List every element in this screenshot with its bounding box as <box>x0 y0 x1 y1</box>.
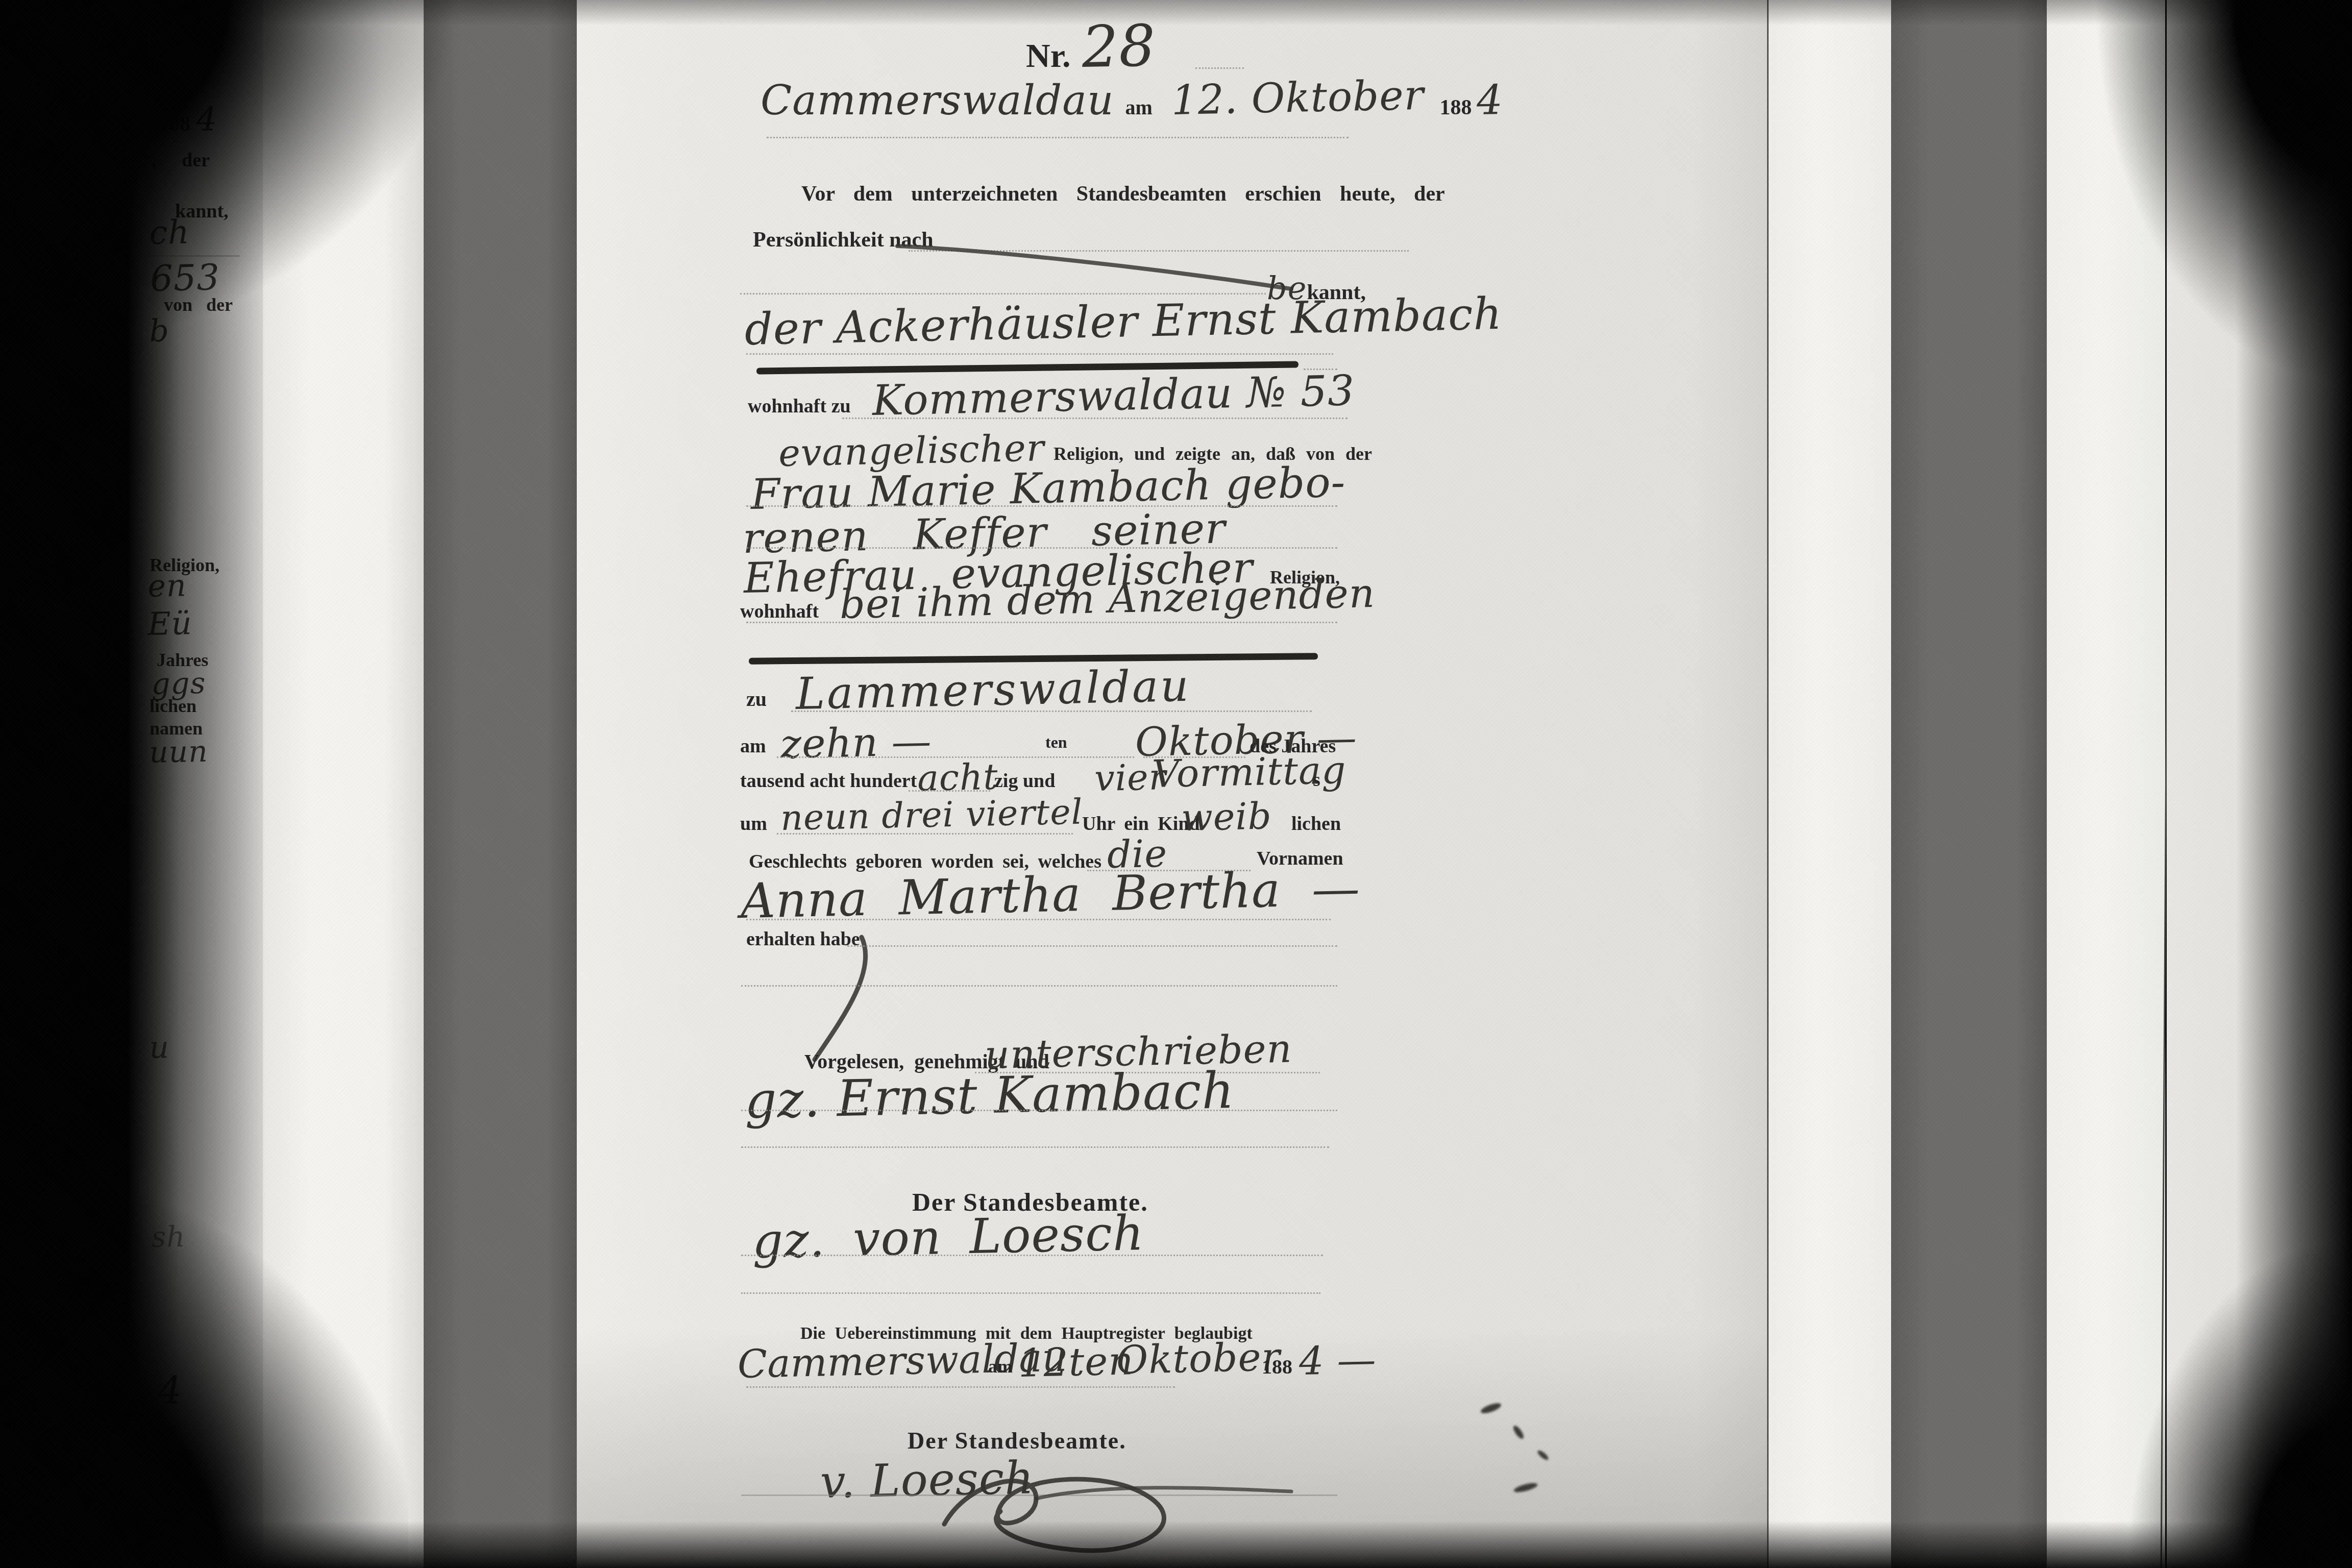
blank-line-4 <box>741 985 1337 987</box>
left-fragment-uun: uun <box>149 734 208 770</box>
acht-hw: acht <box>917 756 998 799</box>
signature-declarant-line <box>741 1110 1337 1111</box>
blank-line-5 <box>741 1146 1329 1148</box>
address-hw: Kommerswaldau № 53 <box>872 366 1355 425</box>
heading-dateline: Cammerswaldau am 12. Oktober 188 4 <box>761 77 1504 124</box>
left-fragment-en: en <box>148 568 187 604</box>
signature-registrar-hw: gz. von Loesch <box>752 1206 1145 1269</box>
ink-speck <box>1480 1401 1502 1415</box>
film-white-strip-right-1 <box>1769 0 1891 1568</box>
left-fragment-year-printed: 188 <box>158 112 190 136</box>
left-fragment-b: b <box>149 313 170 349</box>
left-fragment-year-hw: 4 <box>195 101 217 139</box>
tausend-label: tausend acht hundert <box>740 770 917 792</box>
separator-rule-2 <box>749 653 1318 665</box>
weib-hw: weib <box>1181 794 1272 839</box>
left-fragment-4: 4 <box>157 1368 183 1413</box>
um-label: um <box>740 813 767 835</box>
left-fragment-lichen: lichen <box>150 695 197 717</box>
record-number-line: Nr. 28 <box>1026 14 1157 81</box>
birth-time-underline <box>777 833 1073 835</box>
cert-am-label: am <box>988 1356 1013 1377</box>
zu-label: zu <box>746 687 767 711</box>
blank-line-3 <box>847 945 1337 947</box>
ink-speck <box>1511 1424 1525 1440</box>
s-suffix: s <box>1313 769 1320 791</box>
ink-speck <box>1513 1481 1538 1494</box>
record-number-label: Nr. <box>1026 37 1070 75</box>
declarant-underline <box>746 353 1333 355</box>
record-number-value: 28 <box>1082 13 1157 81</box>
ink-stroke-bekannt <box>893 236 1302 302</box>
declarant-hw: der Ackerhäusler Ernst Kambach <box>744 288 1503 355</box>
lichen-label: lichen <box>1291 813 1341 835</box>
record-number-underline <box>1195 67 1244 69</box>
film-white-strip-right-2 <box>2047 0 2165 1568</box>
wohnhaft-zu-label: wohnhaft zu <box>748 395 851 418</box>
wohnhaft-underline <box>746 622 1337 623</box>
film-light-strip-far-right <box>2167 0 2352 1568</box>
cert-year-hw: 4 — <box>1298 1337 1377 1384</box>
wohnhaft-label: wohnhaft <box>740 600 819 623</box>
cert-year-printed: 188 <box>1262 1355 1292 1379</box>
film-dark-stripe-right <box>1891 0 2047 1568</box>
left-page-strip: 188 4 , der kannt, ch 653 von der b Reli… <box>77 0 264 1568</box>
heading-place-hw: Cammerswaldau <box>761 77 1114 124</box>
am-label: am <box>740 735 766 757</box>
archival-photo-birth-record: 188 4 , der kannt, ch 653 von der b Reli… <box>0 0 2352 1568</box>
mother-line1-underline <box>746 505 1337 507</box>
left-fragment-von-der: von der <box>164 294 233 315</box>
heading-underline <box>767 137 1349 138</box>
ink-flourish-paraph <box>817 1463 1327 1568</box>
address-underline <box>842 418 1347 419</box>
heading-year-printed: 188 <box>1440 96 1472 119</box>
left-fragment-der: , der <box>152 149 210 171</box>
heading-year-hw: 4 <box>1476 76 1504 124</box>
cert-underline <box>746 1386 1175 1388</box>
signature-registrar-line <box>741 1255 1323 1256</box>
birth-time-hw: neun drei viertel <box>780 792 1083 839</box>
heading-am-label: am <box>1125 96 1152 119</box>
child-names-underline <box>746 919 1331 920</box>
left-fragment-flourish: ch <box>149 213 190 252</box>
left-fragment-number: 653 <box>150 256 220 300</box>
ink-speck <box>1536 1449 1550 1461</box>
acht-underline <box>909 790 990 792</box>
film-white-strip-left <box>263 0 424 1568</box>
blank-line-2 <box>740 293 1266 295</box>
left-fragment-sh: sh <box>151 1220 186 1254</box>
birthplace-underline <box>791 710 1312 712</box>
heading-date-hw: 12. Oktober <box>1171 71 1425 124</box>
film-dark-stripe-left <box>424 0 577 1568</box>
left-fragment-year: 188 4 <box>158 101 218 139</box>
blank-line-6 <box>741 1292 1320 1294</box>
cert-month-hw: Oktober <box>1116 1334 1281 1383</box>
left-fragment-u: u <box>149 1030 170 1066</box>
ten-suffix: ten <box>1045 733 1067 752</box>
standesbeamte2-heading: Der Standesbeamte. <box>908 1427 1126 1454</box>
intro-text: Vor dem unterzeichneten Standesbeamten e… <box>801 182 1445 206</box>
signature-declarant-hw: gz. Ernst Kambach <box>744 1062 1235 1130</box>
zig-und-label: zig und <box>994 770 1055 792</box>
certificate-page: Nr. 28 Cammerswaldau am 12. Oktober 188 … <box>577 0 1769 1568</box>
ink-stroke-slash <box>796 933 888 1066</box>
birth-day-hw: zehn — <box>780 719 932 768</box>
left-fragment-eu: Eü <box>147 604 192 643</box>
